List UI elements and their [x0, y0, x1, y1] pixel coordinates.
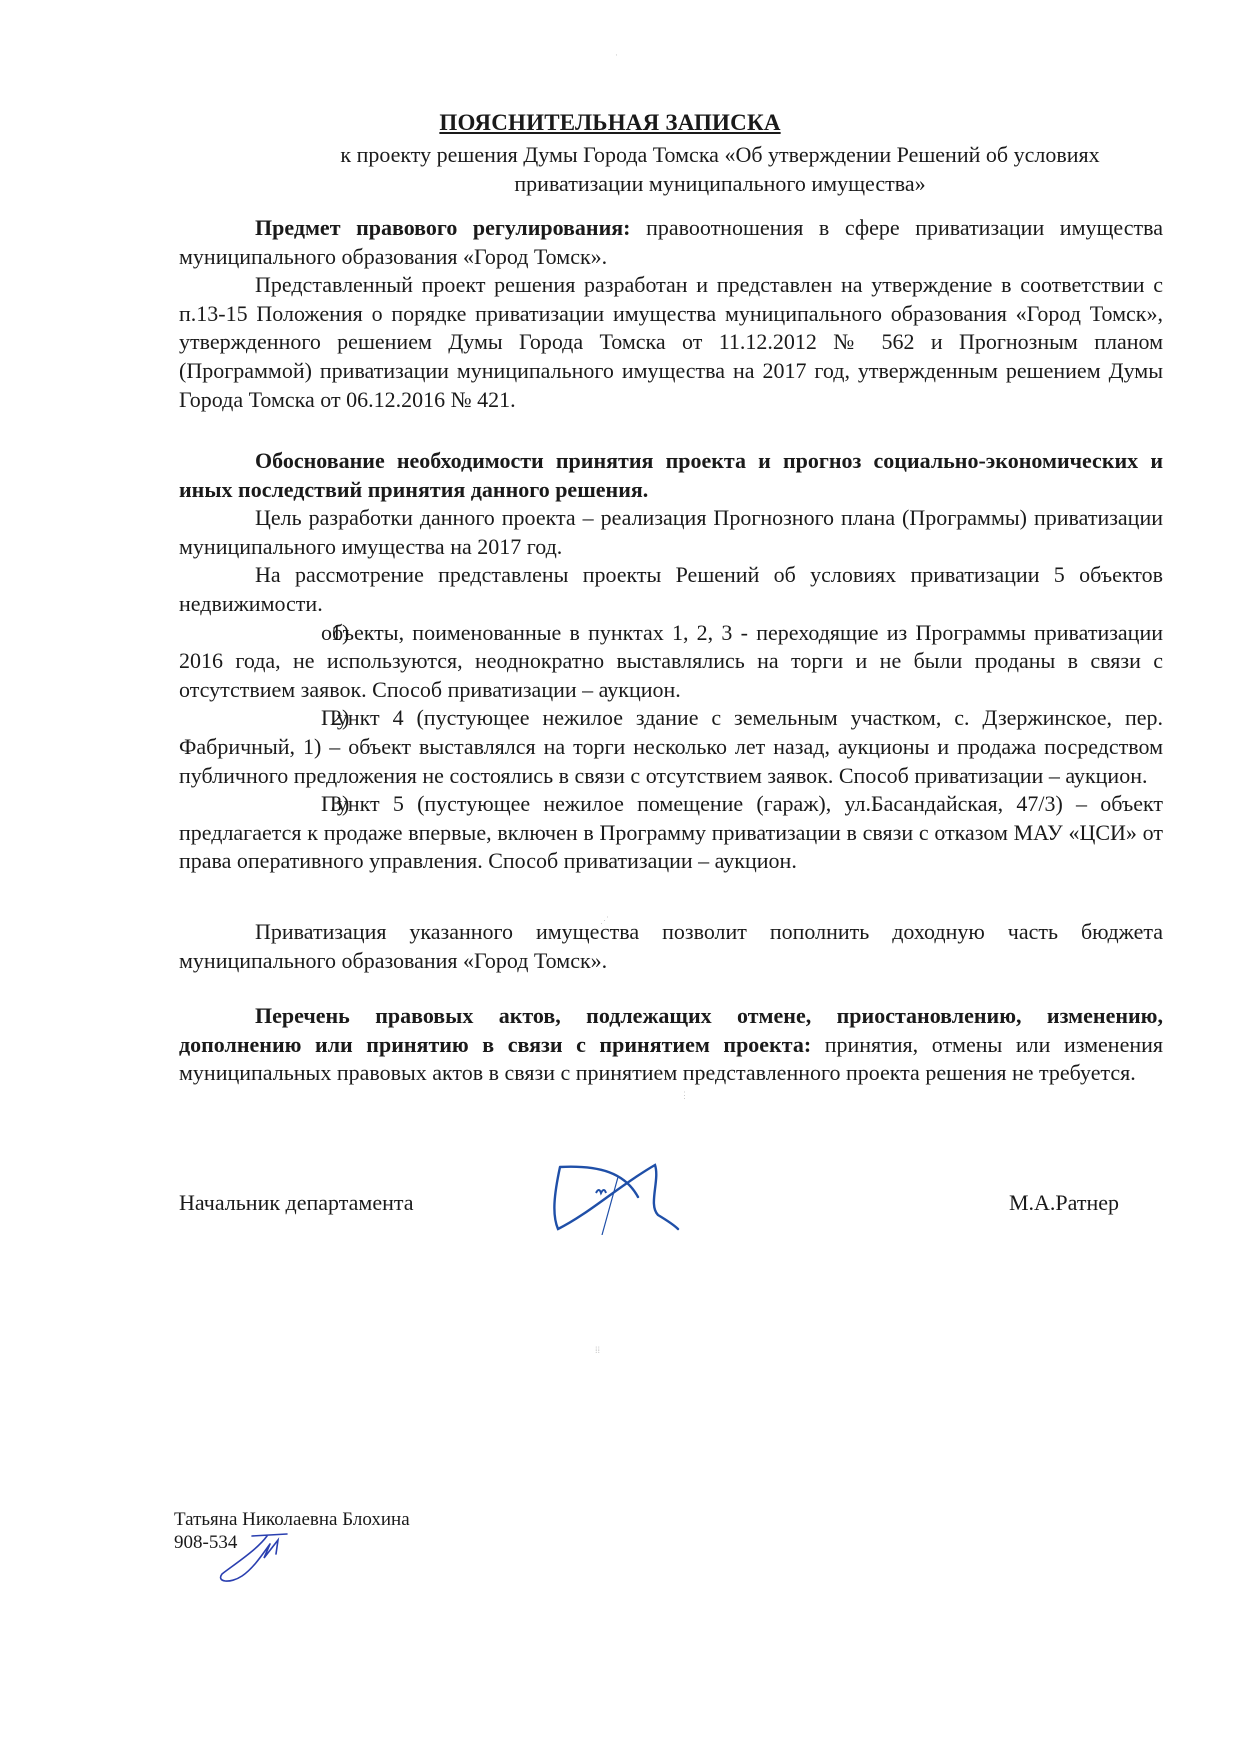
budget-paragraph: Приватизация указанного имущества позвол… [179, 918, 1163, 975]
section-budget: Приватизация указанного имущества позвол… [179, 918, 1163, 975]
document-subtitle: к проекту решения Думы Города Томска «Об… [270, 140, 1170, 198]
justification-heading: Обоснование необходимости принятия проек… [179, 447, 1163, 504]
goal-paragraph: Цель разработки данного проекта – реализ… [179, 504, 1163, 561]
subtitle-line-2: приватизации муниципального имущества» [270, 169, 1170, 198]
section-subject: Предмет правового регулирования: правоот… [179, 214, 1163, 414]
list-item-text: Пункт 5 (пустующее нежилое помещение (га… [179, 791, 1163, 873]
list-item-3: 3)Пункт 5 (пустующее нежилое помещение (… [179, 790, 1163, 876]
document-page: ПОЯСНИТЕЛЬНАЯ ЗАПИСКА к проекту решения … [0, 0, 1240, 1753]
section-justification: Обоснование необходимости принятия проек… [179, 447, 1163, 876]
executor-name: Татьяна Николаевна Блохина [174, 1508, 410, 1531]
list-item-number: 2) [255, 704, 321, 733]
handwritten-signature-icon [540, 1155, 720, 1235]
legal-acts-paragraph: Перечень правовых актов, подлежащих отме… [179, 1002, 1163, 1088]
scan-artifact: ⋮ [680, 1090, 689, 1101]
list-item-2: 2)Пункт 4 (пустующее нежилое здание с зе… [179, 704, 1163, 790]
section-legal-acts: Перечень правовых актов, подлежащих отме… [179, 1002, 1163, 1088]
scan-artifact: ⁞⁞ [595, 1345, 600, 1355]
list-item-1: 1)объекты, поименованные в пунктах 1, 2,… [179, 619, 1163, 705]
objects-paragraph: На рассмотрение представлены проекты Реш… [179, 561, 1163, 618]
subtitle-line-1: к проекту решения Думы Города Томска «Об… [270, 140, 1170, 169]
subject-paragraph: Предмет правового регулирования: правоот… [179, 214, 1163, 271]
list-item-number: 1) [255, 619, 321, 648]
list-item-text: Пункт 4 (пустующее нежилое здание с земе… [179, 705, 1163, 787]
executor-signature-icon [212, 1530, 292, 1586]
signatory-name: М.А.Ратнер [1009, 1190, 1119, 1216]
signatory-position: Начальник департамента [179, 1190, 414, 1216]
document-title: ПОЯСНИТЕЛЬНАЯ ЗАПИСКА [0, 110, 1230, 136]
basis-paragraph: Представленный проект решения разработан… [179, 271, 1163, 414]
list-item-number: 3) [255, 790, 321, 819]
scan-artifact: · [615, 50, 618, 60]
scan-artifact: ⋰ [600, 915, 609, 926]
list-item-text: объекты, поименованные в пунктах 1, 2, 3… [179, 620, 1163, 702]
subject-heading: Предмет правового регулирования: [255, 215, 631, 240]
